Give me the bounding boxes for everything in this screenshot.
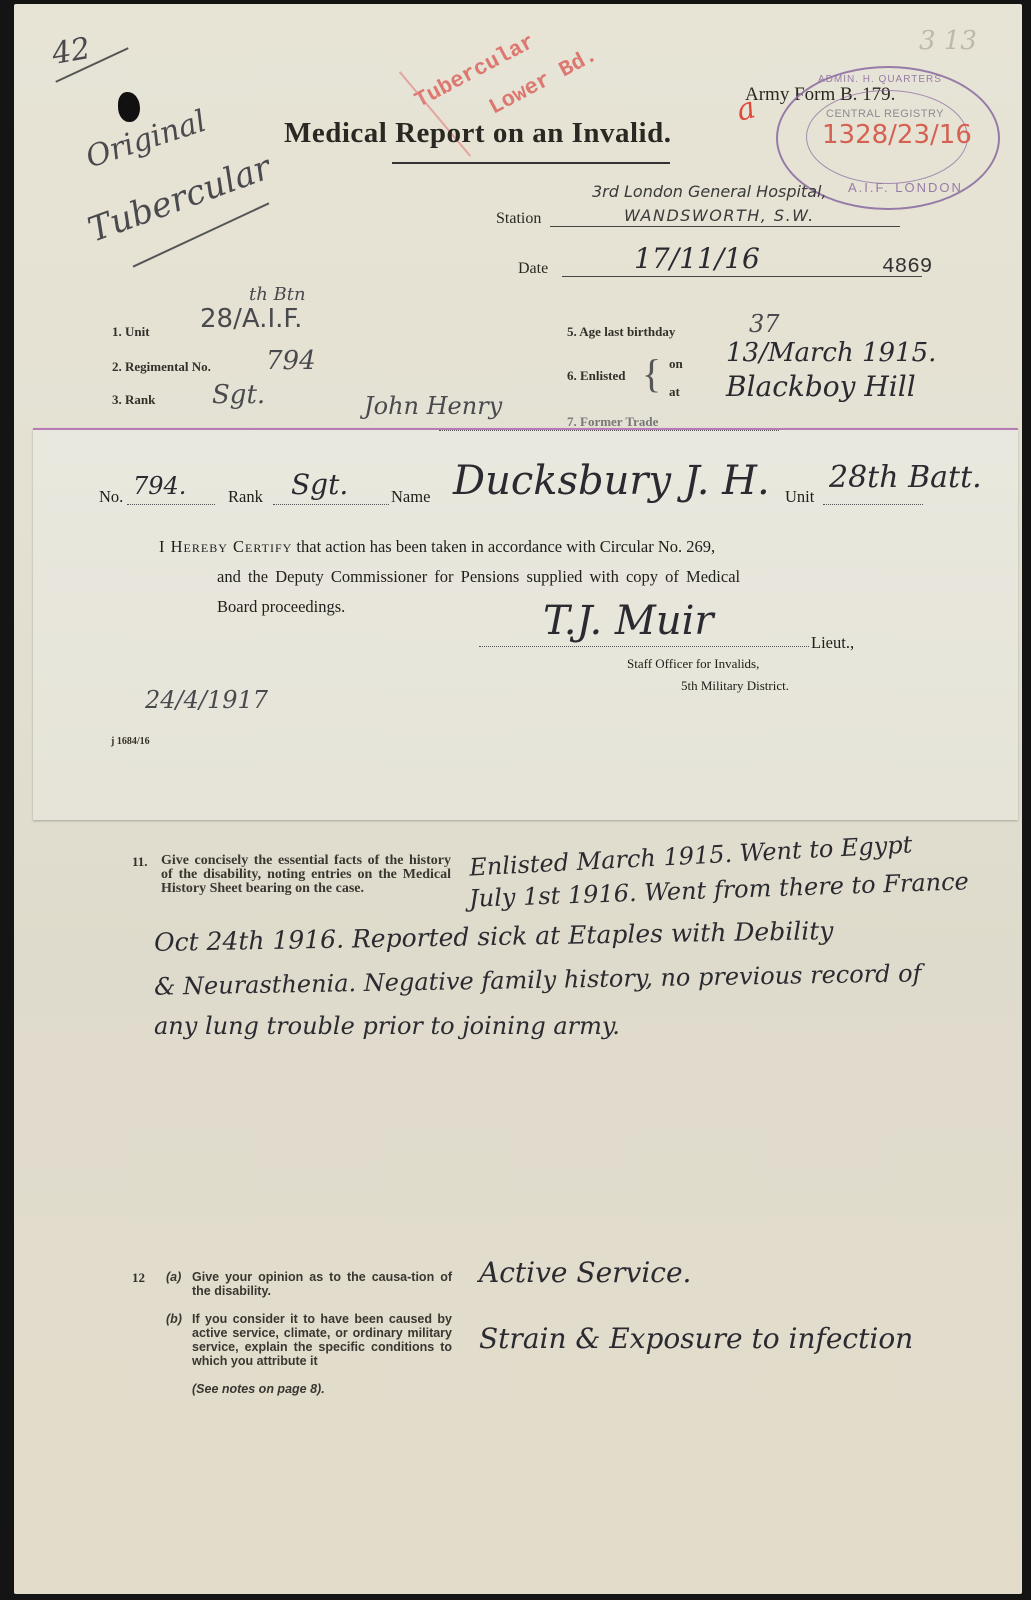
officer-title: Staff Officer for Invalids, [627,656,759,672]
enlisted-at-label: at [669,384,680,400]
unit-label: 1. Unit [112,324,150,340]
regimental-no-value: 794 [266,346,316,376]
date-line [562,276,922,277]
slip-unit-label: Unit [785,482,814,512]
station-line [550,226,900,227]
q12a-marker: (a) [166,1270,181,1284]
q11-line-3: Oct 24th 1916. Reported sick at Etaples … [154,916,834,957]
title-underline [392,162,670,164]
slip-no-label: No. [99,482,123,512]
serial-number: 4869 [882,256,932,279]
q11-line-5: any lung trouble prior to joining army. [154,1012,620,1040]
name-partial: John Henry [364,392,502,420]
officer-signature: T.J. Muir [543,598,714,644]
q12b-label: If you consider it to have been caused b… [192,1312,452,1368]
slip-name-line [439,430,779,431]
date-value: 17/11/16 [634,242,760,275]
rank-value: Sgt. [212,380,265,410]
registry-stamp-bottom-text: A.I.F. LONDON [848,180,963,195]
registry-stamp-top-text: ADMIN. H. QUARTERS [818,74,942,85]
signature-rank: Lieut., [811,628,854,658]
punch-hole [118,92,140,122]
q11-number: 11. [132,854,148,870]
slip-date: 24/4/1917 [145,686,268,714]
hospital-name: 3rd London General Hospital, [592,182,827,201]
certify-line-3: Board proceedings. [217,592,345,622]
certify-text-1: that action has been taken in accordance… [296,537,715,556]
signature-line [479,646,809,647]
q12a-label: Give your opinion as to the causa-tion o… [192,1270,452,1298]
slip-name-value: Ducksbury J. H. [453,458,770,504]
enlisted-on-value: 13/March 1915. [726,338,936,368]
slip-name-label: Name [391,482,430,512]
margin-note-original: Original [82,104,211,176]
military-district: 5th Military District. [681,678,789,694]
q11-label: Give concisely the essential facts of th… [161,854,451,896]
slip-print-ref: j 1684/16 [111,736,150,747]
certificate-slip: No. 794. Rank Sgt. Name Ducksbury J. H. … [33,428,1018,820]
enlisted-at-value: Blackboy Hill [726,370,916,403]
document-title: Medical Report on an Invalid. [284,117,672,150]
q11-line-4: & Neurasthenia. Negative family history,… [154,959,922,1000]
slip-rank-value: Sgt. [291,468,348,501]
q12b-value: Strain & Exposure to infection [479,1322,913,1355]
q12a-value: Active Service. [479,1256,691,1289]
certify-line-1: I Hereby Certify that action has been ta… [159,532,715,562]
age-value: 37 [749,310,780,338]
unit-superscript: th Btn [249,284,306,305]
rank-label: 3. Rank [112,392,155,408]
station-label: Station [496,210,541,228]
registry-number: 1328/23/16 [822,120,972,150]
date-label: Date [518,260,548,278]
q12-number: 12 [132,1270,145,1286]
slip-unit-value: 28th Batt. [829,460,982,495]
regimental-no-label: 2. Regimental No. [112,359,211,375]
slip-rank-label: Rank [228,482,263,512]
station-value: WANDSWORTH, S.W. [624,206,815,225]
certify-line-2: and the Deputy Commissioner for Pensions… [217,562,740,592]
unit-value: 28/A.I.F. [200,304,302,334]
registry-stamp-inner-text: CENTRAL REGISTRY [826,108,944,120]
enlisted-on-label: on [669,356,683,372]
margin-pencil-number: 3 13 [919,26,977,56]
q12b-note: (See notes on page 8). [192,1382,452,1396]
slip-no-value: 794. [133,472,186,500]
enlisted-brace: { [642,350,661,397]
certify-lead: I Hereby Certify [159,537,292,556]
slip-rank-line [273,504,389,505]
age-label: 5. Age last birthday [567,324,675,340]
enlisted-label: 6. Enlisted [567,368,626,384]
slip-no-line [127,504,215,505]
q12b-marker: (b) [166,1312,182,1326]
slip-unit-line [823,504,923,505]
